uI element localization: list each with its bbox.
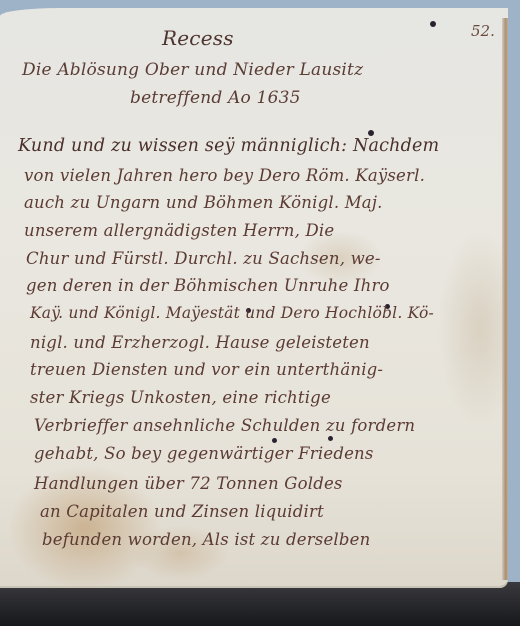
document-title: Recess	[162, 26, 234, 50]
heading-line-2: betreffend Ao 1635	[130, 88, 301, 108]
folio-number: 52.	[471, 22, 495, 40]
body-line-1: Kund und zu wissen seÿ männiglich: Nachd…	[18, 136, 439, 156]
ink-blot	[430, 21, 436, 27]
body-line-6: gen deren in der Böhmischen Unruhe Ihro	[26, 276, 390, 295]
body-line-9: treuen Diensten und vor ein unterthänig-	[30, 360, 383, 379]
table-shadow	[0, 582, 520, 626]
body-line-5: Chur und Fürstl. Durchl. zu Sachsen, we-	[26, 249, 381, 268]
body-line-10: ster Kriegs Unkosten, eine richtige	[30, 388, 331, 407]
body-line-11: Verbrieffer ansehnliche Schulden zu ford…	[34, 416, 415, 435]
body-line-14: an Capitalen und Zinsen liquidirt	[40, 502, 324, 521]
body-line-13: Handlungen über 72 Tonnen Goldes	[34, 474, 343, 493]
manuscript-page: 52. Recess Die Ablösung Ober und Nieder …	[0, 8, 508, 586]
heading-line-1: Die Ablösung Ober und Nieder Lausitz	[22, 60, 363, 80]
body-line-4: unserem allergnädigsten Herrn, Die	[24, 221, 334, 240]
body-line-3: auch zu Ungarn und Böhmen Königl. Maj.	[24, 193, 383, 212]
ink-blot	[328, 436, 333, 441]
ink-blot	[272, 438, 277, 443]
body-line-8: nigl. und Erzherzogl. Hause geleisteten	[30, 333, 370, 352]
page-edge-fold	[502, 18, 508, 580]
body-line-15: befunden worden, Als ist zu derselben	[42, 530, 370, 549]
body-line-2: von vielen Jahren hero bey Dero Röm. Kaÿ…	[24, 166, 425, 185]
body-line-12: gehabt, So bey gegenwärtiger Friedens	[34, 444, 374, 463]
body-line-7: Kaÿ. und Königl. Maÿestät und Dero Hochl…	[30, 304, 434, 322]
